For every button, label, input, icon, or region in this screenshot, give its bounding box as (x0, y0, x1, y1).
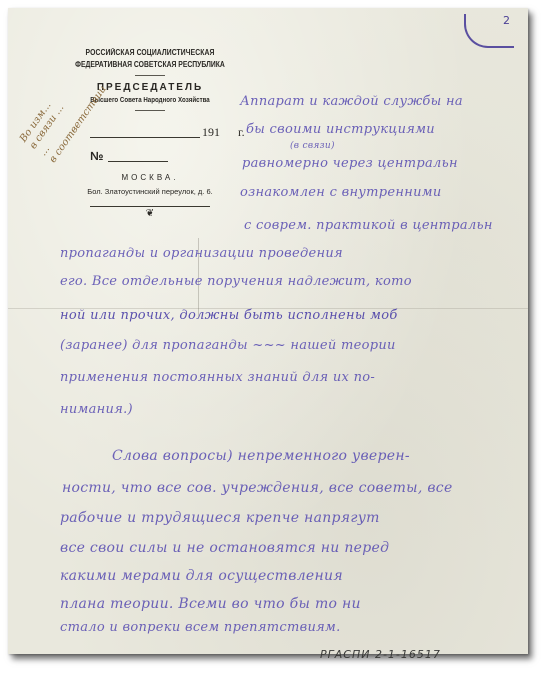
document-page: 2 РОССИЙСКАЯ СОЦИАЛИСТИЧЕСКАЯ ФЕДЕРАТИВН… (8, 8, 528, 654)
handwritten-line: пропаганды и организации проведения (60, 246, 343, 261)
handwritten-line: бы своими инструкциями (246, 122, 435, 137)
date-blank-line (90, 137, 200, 138)
handwritten-line: равномерно через центральн (242, 156, 458, 171)
handwritten-line: Аппарат и каждой службы на (240, 94, 463, 109)
handwritten-line: ной или прочих, должны быть исполнены мо… (60, 308, 398, 323)
handwritten-line: (заранее) для пропаганды ~~~ нашей теори… (60, 338, 396, 353)
number-blank-line (108, 161, 168, 162)
letterhead-city: МОСКВА. (50, 173, 250, 182)
number-symbol: № (90, 149, 103, 163)
letterhead-divider (135, 110, 165, 111)
letterhead-number-field: № (50, 149, 250, 165)
handwritten-line: нимания.) (60, 402, 133, 417)
handwritten-line: его. Все отдельные поручения надлежит, к… (60, 274, 412, 289)
handwritten-insertion: (в связи) (290, 141, 335, 151)
handwritten-line: Слова вопросы) непременного уверен- (112, 448, 410, 464)
handwritten-line: с соврем. практикой в центральн (244, 218, 493, 233)
handwritten-line: все свои силы и не остановятся ни перед (60, 540, 389, 556)
handwritten-line: ознакомлен с внутренними (240, 185, 442, 200)
archive-reference: РГАСПИ 2-1-16517 (320, 648, 441, 661)
handwritten-line: какими мерами для осуществления (60, 568, 343, 584)
date-suffix: г. (238, 125, 245, 140)
letterhead-republic-line2: ФЕДЕРАТИВНАЯ СОВЕТСКАЯ РЕСПУБЛИКА (65, 60, 235, 69)
letterhead-bottom-rule (90, 206, 210, 207)
letterhead-divider (135, 75, 165, 76)
handwritten-line: рабочие и трудящиеся крепче напрягут (60, 510, 380, 526)
handwritten-line: применения постоянных знаний для их по- (60, 370, 375, 385)
page-number-mark: 2 (464, 14, 514, 48)
letterhead-republic-line1: РОССИЙСКАЯ СОЦИАЛИСТИЧЕСКАЯ (65, 48, 235, 57)
handwritten-line: стало и вопреки всем препятствиям. (60, 620, 341, 635)
page-number: 2 (503, 14, 510, 27)
handwritten-line: ности, что все сов. учреждения, все сове… (62, 480, 453, 496)
letterhead-address: Бол. Златоустинский переулок, д. 6. (50, 187, 250, 196)
ornament-icon: ❦ (50, 209, 250, 219)
handwritten-line: плана теории. Всеми во что бы то ни (60, 596, 361, 612)
date-year: 191 (202, 125, 220, 140)
